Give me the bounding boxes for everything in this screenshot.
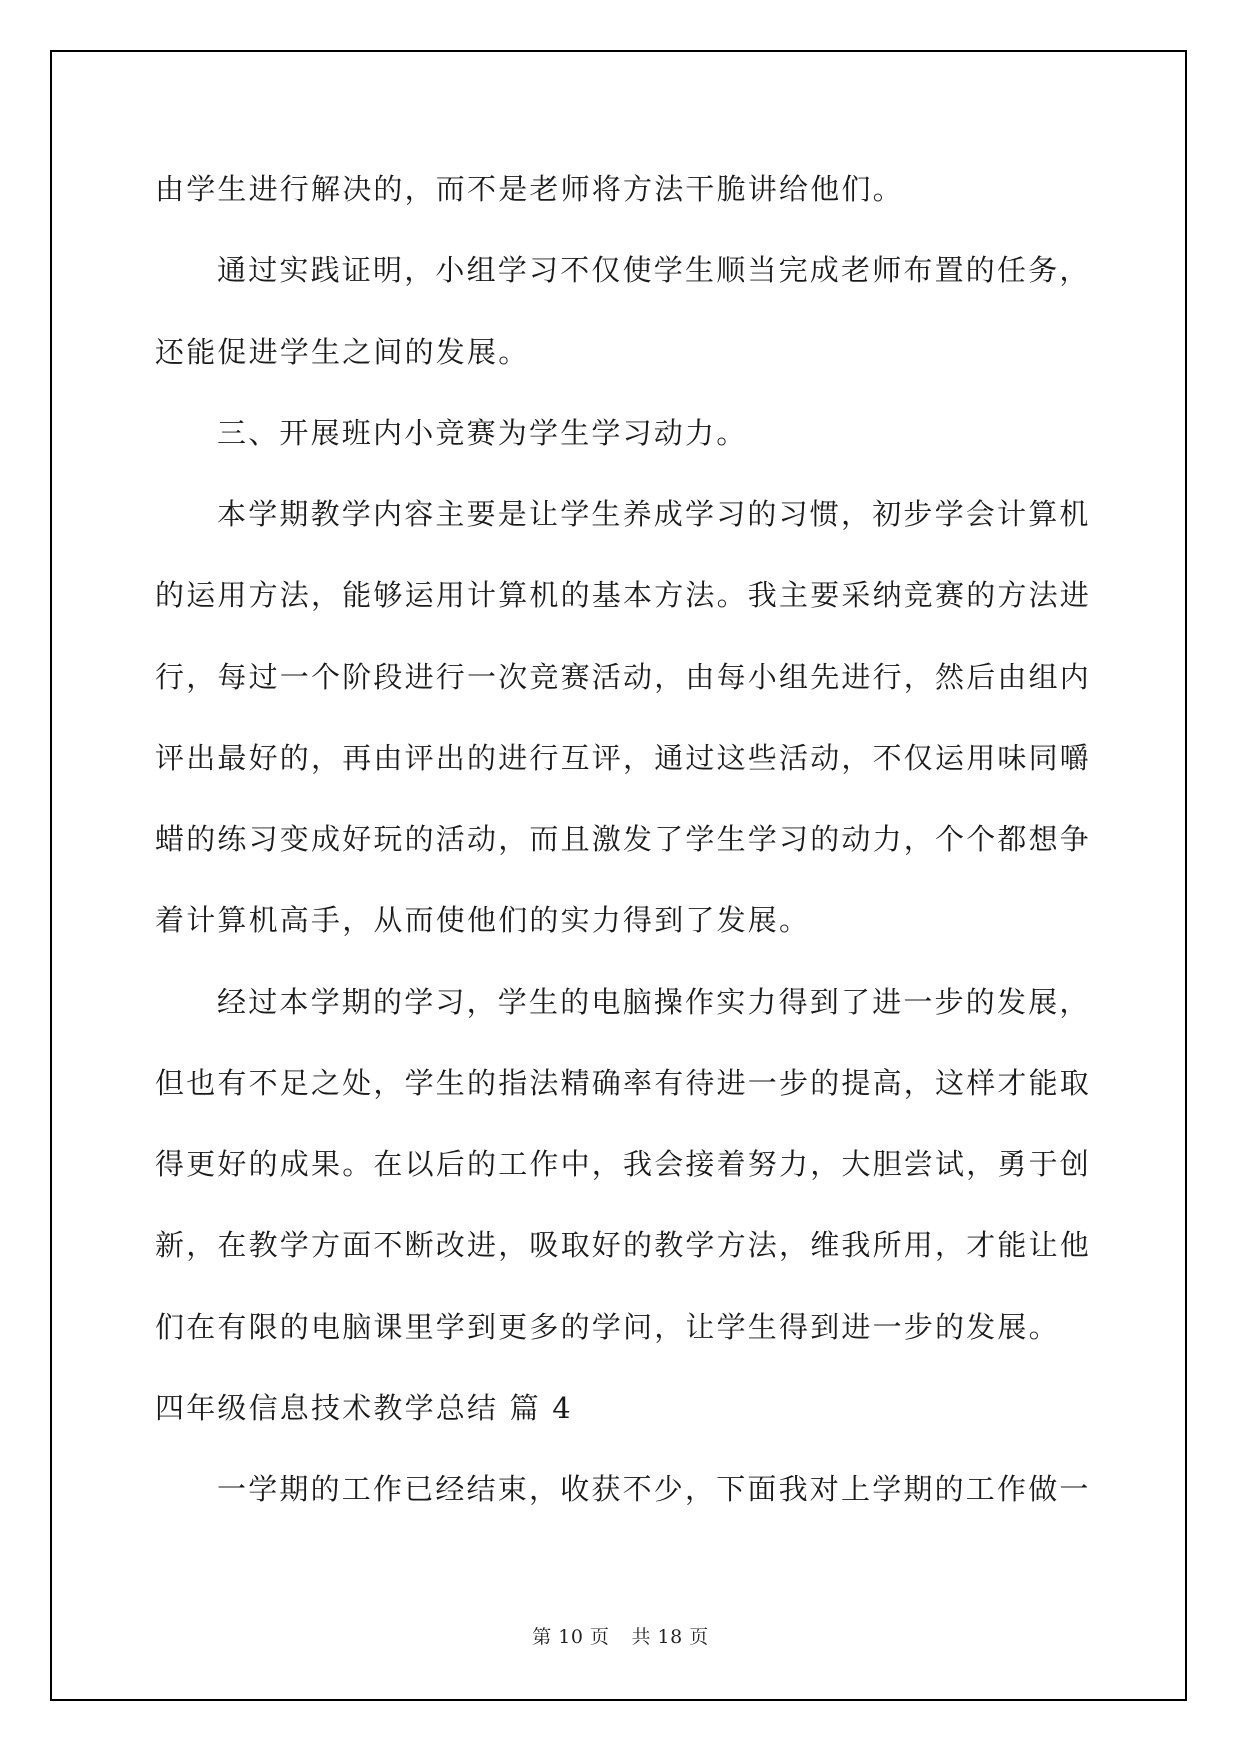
text-line-5: 本学期教学内容主要是让学生养成学习的习惯，初步学会计算机 [155,474,1115,555]
text-line-13: 得更好的成果。在以后的工作中，我会接着努力，大胆尝试，勇于创 [155,1124,1115,1205]
article-title: 四年级信息技术教学总结 篇 4 [155,1368,1115,1449]
section-heading-3: 三、开展班内小竞赛为学生学习动力。 [155,393,1115,474]
text-line-17: 一学期的工作已经结束，收获不少，下面我对上学期的工作做一 [155,1449,1115,1530]
text-line-12: 但也有不足之处，学生的指法精确率有待进一步的提高，这样才能取 [155,1043,1115,1124]
text-line-8: 评出最好的，再由评出的进行互评，通过这些活动，不仅运用味同嚼 [155,718,1115,799]
text-line-10: 着计算机高手，从而使他们的实力得到了发展。 [155,880,1115,961]
text-line-1: 由学生进行解决的，而不是老师将方法干脆讲给他们。 [155,149,1115,230]
text-line-3: 还能促进学生之间的发展。 [155,312,1115,393]
document-body: 由学生进行解决的，而不是老师将方法干脆讲给他们。 通过实践证明，小组学习不仅使学… [155,149,1115,1530]
text-line-11: 经过本学期的学习，学生的电脑操作实力得到了进一步的发展， [155,962,1115,1043]
text-line-2: 通过实践证明，小组学习不仅使学生顺当完成老师布置的任务， [155,230,1115,311]
total-pages-label: 共 18 页 [632,1626,709,1648]
page-footer: 第 10 页共 18 页 [0,1622,1241,1649]
text-line-15: 们在有限的电脑课里学到更多的学问，让学生得到进一步的发展。 [155,1287,1115,1368]
text-line-14: 新，在教学方面不断改进，吸取好的教学方法，维我所用，才能让他 [155,1205,1115,1286]
text-line-6: 的运用方法，能够运用计算机的基本方法。我主要采纳竞赛的方法进 [155,555,1115,636]
text-line-9: 蜡的练习变成好玩的活动，而且激发了学生学习的动力，个个都想争 [155,799,1115,880]
text-line-7: 行，每过一个阶段进行一次竞赛活动，由每小组先进行，然后由组内 [155,637,1115,718]
current-page-label: 第 10 页 [532,1626,609,1648]
